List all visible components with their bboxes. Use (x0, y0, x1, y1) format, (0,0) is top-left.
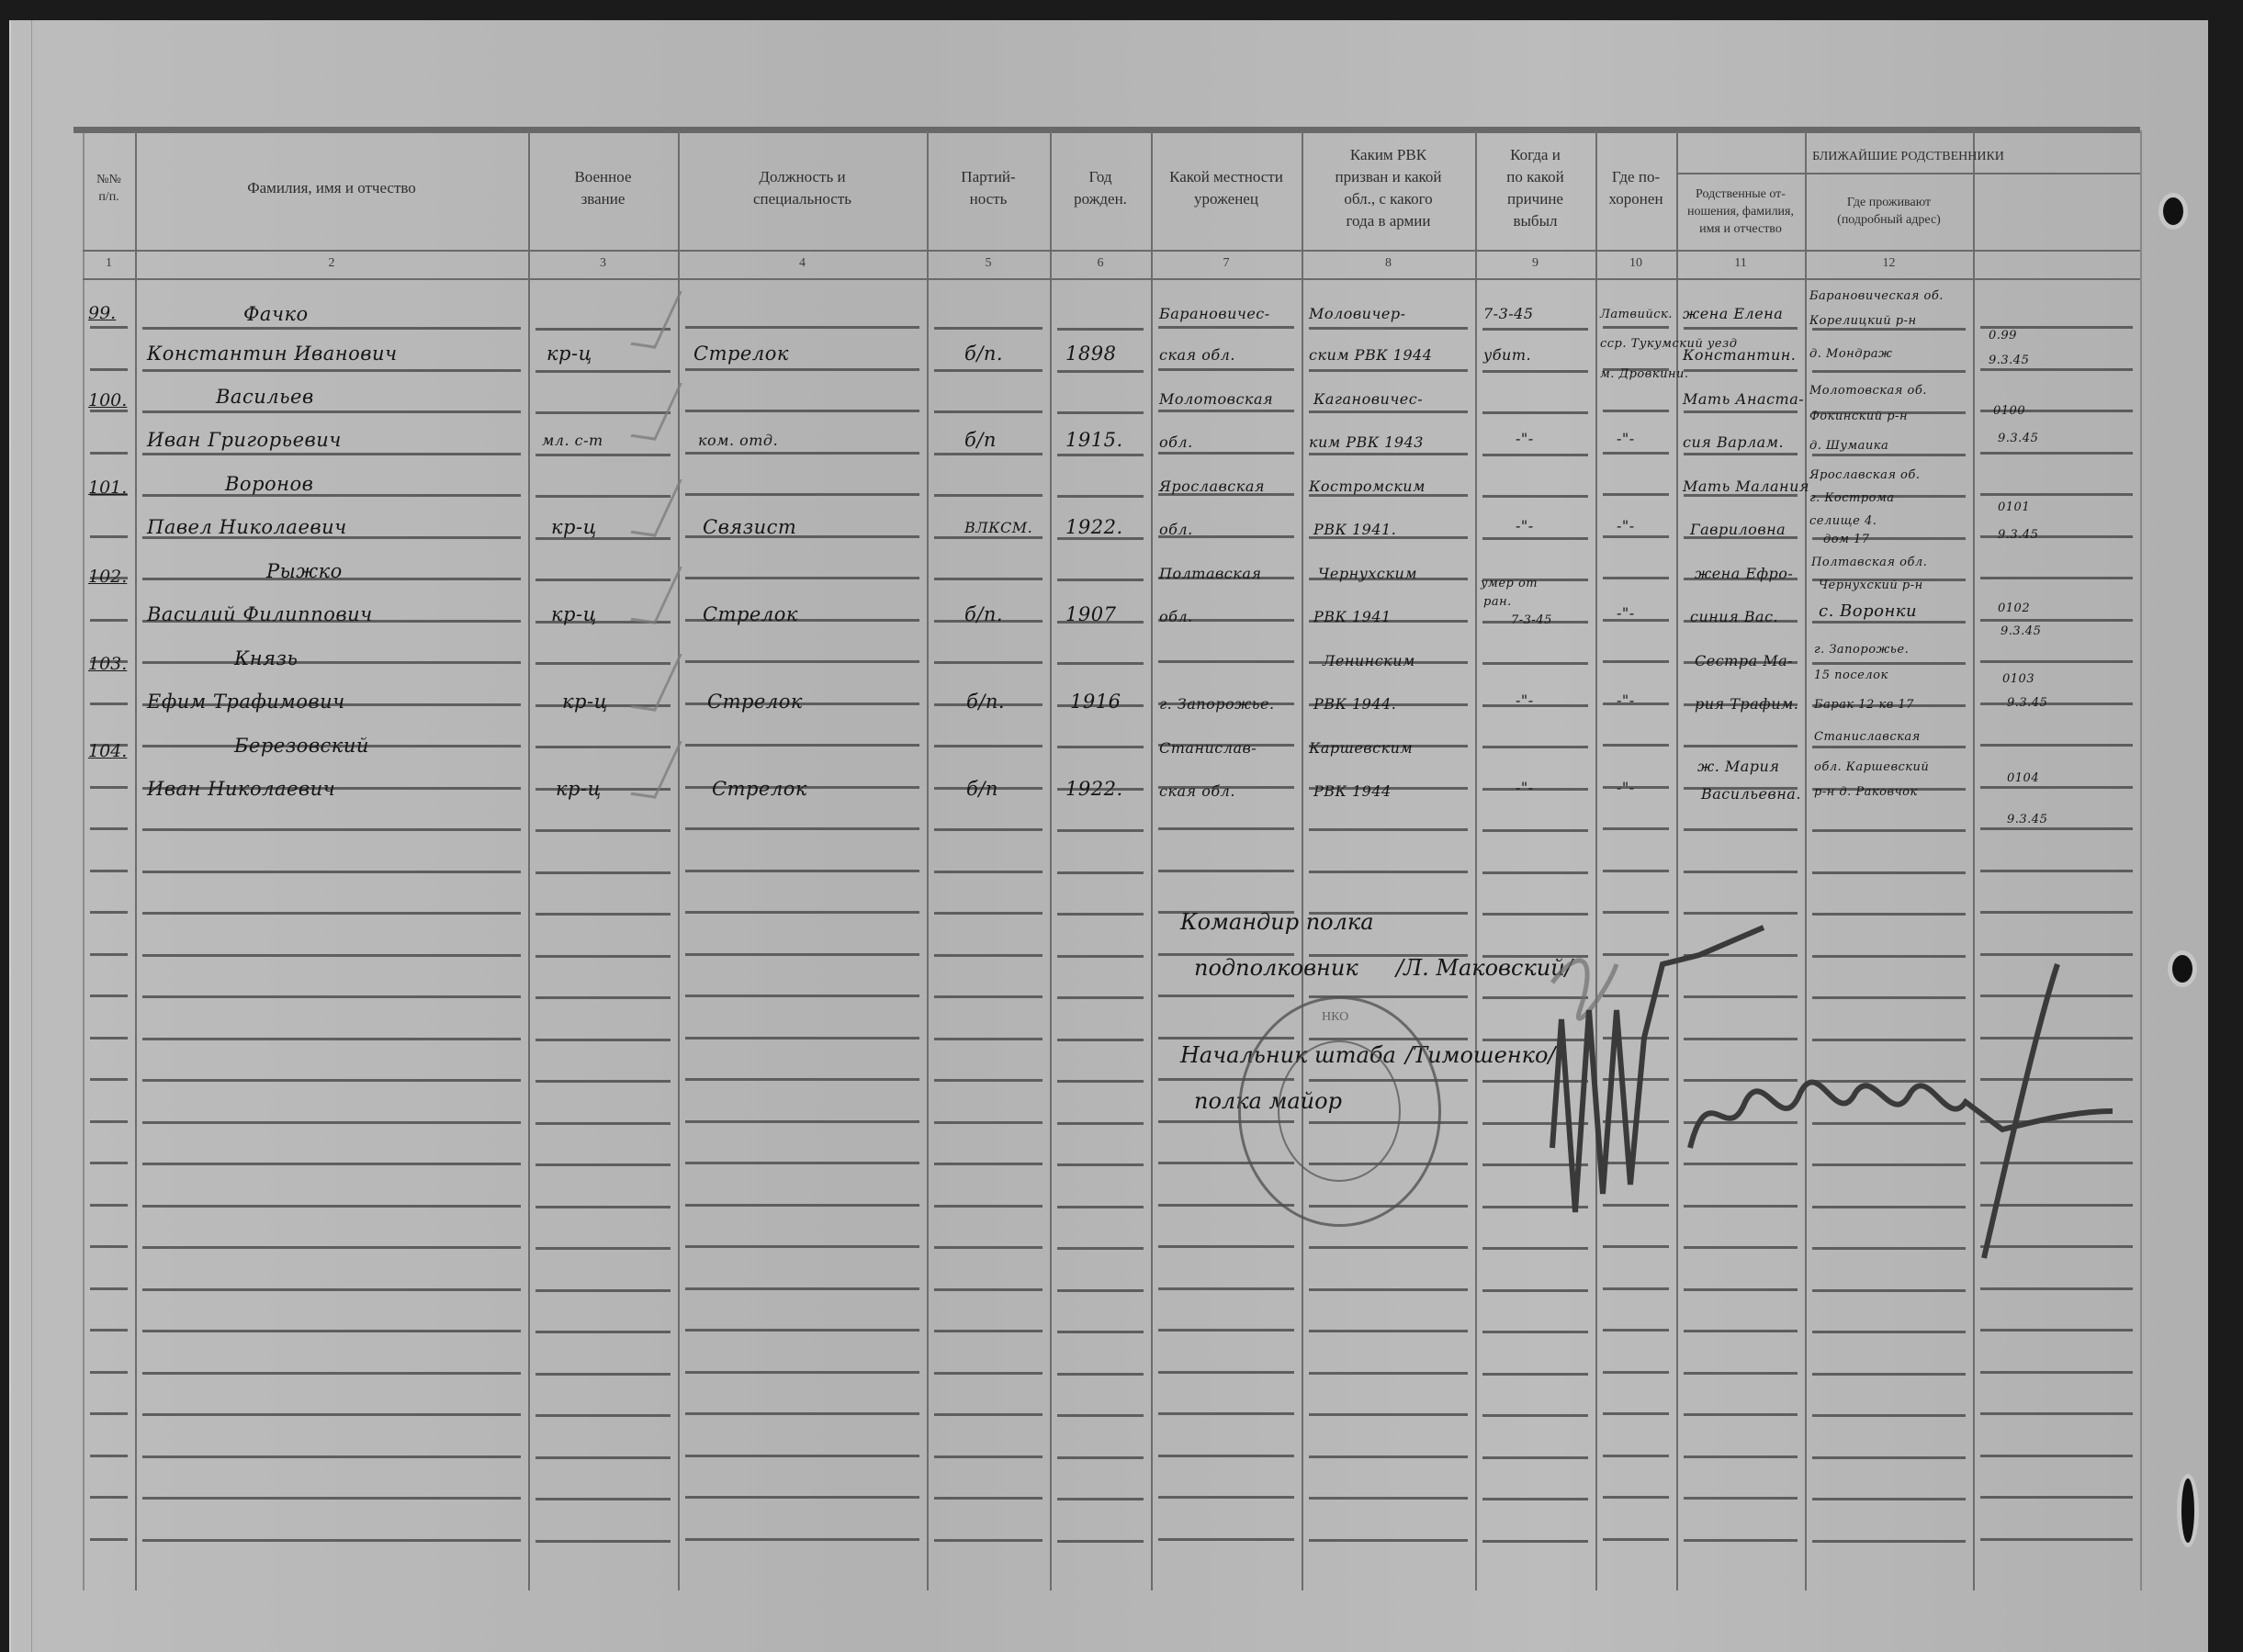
row-rule (1603, 744, 1669, 747)
row-rule (1812, 621, 1966, 624)
row-rule (1812, 1373, 1966, 1376)
row-rule (934, 578, 1043, 580)
row-rule (1684, 1330, 1798, 1332)
row-rule (934, 912, 1043, 915)
row-rule (685, 1245, 919, 1248)
row-rule (1309, 1539, 1468, 1542)
address-line-3: р-н д. Раковчок (1814, 785, 1918, 799)
row-rule (685, 1371, 919, 1374)
birth-year: 1916 (1070, 691, 1121, 713)
row-rule (1158, 1496, 1294, 1499)
row-rule (1980, 368, 2133, 371)
address-line-3: д. Шумаика (1809, 439, 1888, 453)
row-rule (142, 1455, 521, 1458)
rank: кр-ц (547, 343, 592, 365)
row-rule (1057, 1122, 1144, 1125)
surname: Князь (234, 647, 298, 669)
row-rule (685, 660, 919, 663)
col-num-3: 3 (528, 256, 678, 276)
relative-line-2: Гавриловна (1690, 521, 1786, 538)
punch-hole-icon (2163, 197, 2183, 225)
rank: кр-ц (551, 603, 597, 625)
row-rule (90, 1162, 128, 1164)
row-rule (1057, 1414, 1144, 1417)
relatives-group-header: БЛИЖАЙШИЕ РОДСТВЕННИКИ (1676, 138, 2140, 174)
row-rule (1482, 746, 1588, 748)
when-why-line-2: ран. (1483, 595, 1512, 609)
row-number: 102. (88, 567, 127, 587)
party: б/п. (964, 343, 1003, 365)
row-rule (1603, 535, 1669, 538)
note-number: 0104 (2007, 771, 2039, 785)
row-rule (934, 1372, 1043, 1375)
row-rule (1684, 1455, 1798, 1458)
row-rule (1482, 1540, 1588, 1543)
row-rule (535, 1373, 671, 1376)
row-rule (1057, 579, 1144, 581)
row-rule (1482, 454, 1588, 456)
row-rule (1057, 1498, 1144, 1500)
note-number: 0103 (2002, 672, 2034, 686)
relative-line-2: Константин. (1683, 346, 1796, 364)
surname: Рыжко (266, 560, 343, 582)
col-header-12: Где проживают (подробный адрес) (1805, 174, 1973, 248)
surname: Воронов (225, 473, 313, 495)
row-rule (535, 746, 671, 748)
row-rule (1158, 410, 1294, 412)
row-rule (1980, 827, 2133, 830)
row-rule (1057, 1456, 1144, 1459)
row-rule (142, 1413, 521, 1416)
row-rule (1603, 577, 1669, 579)
relative-line-1: Мать Анаста- (1683, 390, 1804, 408)
birthplace-line-2: обл. (1159, 521, 1193, 538)
column-divider (83, 130, 85, 1590)
col-header-11: Родственные от- ношения, фамилия, имя и … (1676, 174, 1805, 248)
row-rule (1812, 328, 1966, 331)
row-rule (1980, 702, 2133, 705)
row-rule (1158, 452, 1294, 455)
row-rule (685, 368, 919, 371)
row-rule (90, 535, 128, 538)
column-divider (2140, 130, 2142, 1590)
column-divider (1805, 130, 1807, 1590)
row-rule (934, 1497, 1043, 1500)
row-rule (1684, 327, 1798, 330)
row-rule (685, 870, 919, 872)
relative-line-2: Васильевна. (1701, 785, 1801, 803)
row-rule (1482, 495, 1588, 498)
buried-ditto: -"- (1617, 430, 1635, 447)
row-rule (142, 912, 521, 915)
row-rule (1482, 704, 1588, 707)
col-header-10: Где по- хоронен (1595, 138, 1676, 239)
col-header-6: Год рожден. (1050, 138, 1151, 239)
row-rule (1158, 1538, 1294, 1541)
row-rule (90, 870, 128, 872)
col-header-5: Партий- ность (927, 138, 1050, 239)
column-divider (927, 130, 929, 1590)
row-rule (535, 913, 671, 916)
row-rule (1603, 1455, 1669, 1457)
commander-title-line-2: подполковник (1194, 955, 1358, 981)
rvk-line-2: РВК 1941. (1313, 521, 1396, 538)
column-divider (135, 130, 137, 1590)
name-patronymic: Ефим Трафимович (147, 691, 345, 713)
address-line-2: Чернухский р-н (1819, 579, 1923, 592)
birth-year: 1907 (1065, 603, 1116, 625)
row-rule (535, 829, 671, 832)
row-rule (535, 1080, 671, 1083)
row-rule (142, 1038, 521, 1040)
name-patronymic: Константин Иванович (147, 343, 398, 365)
when-why-ditto: -"- (1516, 517, 1534, 534)
row-rule (535, 996, 671, 999)
row-rule (535, 1122, 671, 1125)
row-rule (1603, 410, 1669, 412)
row-rule (1812, 871, 1966, 874)
column-divider (678, 130, 680, 1590)
row-rule (142, 828, 521, 831)
row-rule (1057, 1289, 1144, 1292)
row-rule (1603, 1371, 1669, 1374)
row-rule (142, 1079, 521, 1082)
row-rule (1482, 1373, 1588, 1376)
row-rule (142, 1246, 521, 1249)
row-rule (1057, 1039, 1144, 1041)
row-rule (1603, 870, 1669, 872)
row-rule (1980, 786, 2133, 789)
rvk-line-1: Кагановичес- (1313, 390, 1423, 408)
buried-line-1: Латвийск. (1600, 308, 1673, 321)
col-num-12: 12 (1805, 256, 1973, 276)
row-rule (685, 1037, 919, 1040)
row-rule (90, 1078, 128, 1081)
row-rule (142, 871, 521, 873)
punch-hole-icon (2181, 1478, 2194, 1543)
row-rule (1684, 745, 1798, 747)
row-rule (1057, 495, 1144, 498)
header-rule (83, 278, 2140, 280)
row-number: 100. (88, 390, 127, 410)
row-rule (685, 1455, 919, 1457)
row-rule (685, 1078, 919, 1081)
row-rule (685, 953, 919, 956)
row-rule (142, 494, 521, 497)
party: б/п (964, 429, 997, 451)
rvk-line-2: РВК 1944. (1313, 695, 1396, 713)
row-rule (1980, 1287, 2133, 1290)
birth-year: 1915. (1065, 429, 1123, 451)
col-num-4: 4 (678, 256, 927, 276)
row-rule (1309, 1330, 1468, 1332)
col-num-11: 11 (1676, 256, 1805, 276)
name-patronymic: Василий Филиппович (147, 603, 373, 625)
row-rule (1309, 871, 1468, 873)
col-header-7: Какой местности уроженец (1151, 138, 1302, 239)
row-rule (685, 1287, 919, 1290)
row-rule (90, 827, 128, 830)
row-rule (685, 326, 919, 329)
row-rule (1980, 1538, 2133, 1541)
row-rule (90, 1245, 128, 1248)
row-rule (1684, 1372, 1798, 1375)
row-rule (1158, 660, 1294, 663)
col-num-7: 7 (1151, 256, 1302, 276)
name-patronymic: Иван Николаевич (147, 778, 335, 800)
row-rule (1980, 1455, 2133, 1457)
rank: кр-ц (562, 691, 608, 713)
row-rule (1158, 870, 1294, 872)
row-rule (142, 995, 521, 998)
row-number: 104. (88, 741, 127, 761)
row-rule (1812, 1498, 1966, 1500)
row-rule (142, 1497, 521, 1500)
row-rule (535, 1039, 671, 1041)
col-num-5: 5 (927, 256, 1050, 276)
position: Связист (703, 516, 796, 538)
address-line-1: Полтавская обл. (1811, 556, 1927, 569)
when-why-line-1: 7-3-45 (1483, 305, 1534, 322)
row-rule (685, 744, 919, 747)
row-rule (1057, 454, 1144, 456)
when-why-line-2: убит. (1483, 346, 1531, 364)
row-rule (1057, 1163, 1144, 1166)
row-rule (1057, 1540, 1144, 1543)
row-rule (685, 1496, 919, 1499)
row-rule (142, 1372, 521, 1375)
row-rule (1603, 786, 1669, 789)
row-rule (1057, 746, 1144, 748)
relative-line-1: жена Елена (1683, 305, 1783, 322)
note-date: 9.3.45 (2007, 696, 2047, 710)
row-rule (1482, 537, 1588, 540)
address-line-2: 15 поселок (1814, 669, 1888, 682)
row-rule (1980, 1371, 2133, 1374)
row-rule (934, 745, 1043, 747)
row-rule (90, 911, 128, 914)
row-rule (1980, 452, 2133, 455)
row-rule (1158, 326, 1294, 329)
header-top-rule (73, 127, 2140, 133)
row-rule (1057, 829, 1144, 832)
rvk-line-1: Ленинским (1323, 652, 1415, 669)
birthplace-line-2: ская обл. (1159, 346, 1235, 364)
row-rule (1482, 328, 1588, 331)
row-rule (1158, 368, 1294, 371)
row-rule (1980, 577, 2133, 579)
row-rule (1158, 995, 1294, 997)
party: б/п (966, 778, 998, 800)
row-rule (535, 1206, 671, 1208)
position: Стрелок (707, 691, 803, 713)
row-rule (934, 1038, 1043, 1040)
row-rule (934, 1413, 1043, 1416)
row-rule (535, 1498, 671, 1500)
row-rule (1158, 1329, 1294, 1332)
row-rule (1980, 870, 2133, 872)
row-rule (1158, 827, 1294, 830)
relative-line-1: жена Ефро- (1695, 565, 1793, 582)
row-rule (90, 326, 128, 329)
row-rule (90, 1455, 128, 1457)
birthplace-line-1: Полтавская (1159, 565, 1261, 582)
row-rule (934, 995, 1043, 998)
column-divider (1973, 130, 1975, 1590)
note-number: 0100 (1993, 404, 2025, 418)
header-rule (1676, 173, 2140, 174)
row-rule (90, 1120, 128, 1123)
row-rule (1482, 871, 1588, 874)
row-rule (535, 1456, 671, 1459)
col-num-8: 8 (1302, 256, 1475, 276)
party: ВЛКСМ. (964, 519, 1032, 536)
row-rule (1057, 411, 1144, 414)
row-number: 101. (88, 478, 127, 498)
birthplace-line-2: обл. (1159, 433, 1193, 451)
birth-year: 1922. (1065, 516, 1123, 538)
row-rule (1603, 702, 1669, 705)
row-rule (934, 1205, 1043, 1208)
column-divider (1151, 130, 1153, 1590)
row-rule (1603, 1496, 1669, 1499)
row-rule (934, 1539, 1043, 1542)
row-rule (142, 1163, 521, 1165)
row-rule (934, 1121, 1043, 1124)
row-rule (934, 1455, 1043, 1458)
row-rule (1158, 1412, 1294, 1415)
note-date: 9.3.45 (2007, 813, 2047, 826)
row-rule (934, 453, 1043, 455)
surname: Васильев (216, 386, 314, 408)
row-rule (142, 1205, 521, 1208)
row-rule (90, 1371, 128, 1374)
row-rule (934, 536, 1043, 539)
row-rule (1980, 1496, 2133, 1499)
row-rule (685, 827, 919, 830)
rvk-line-2: РВК 1944 (1313, 782, 1392, 800)
address-line-1: Станиславская (1814, 730, 1921, 744)
address-line-3: д. Мондраж (1809, 347, 1892, 361)
position: ком. отд. (698, 432, 778, 449)
row-rule (1309, 1497, 1468, 1500)
row-rule (685, 1412, 919, 1415)
row-rule (1158, 1204, 1294, 1207)
row-rule (1812, 1540, 1966, 1543)
column-divider (528, 130, 530, 1590)
paper-edge-line (31, 20, 32, 1652)
row-rule (1309, 410, 1468, 413)
row-rule (90, 619, 128, 622)
row-rule (535, 955, 671, 958)
row-rule (90, 995, 128, 997)
row-rule (90, 1329, 128, 1332)
row-rule (535, 454, 671, 456)
row-rule (934, 954, 1043, 957)
relative-line-1: ж. Мария (1697, 758, 1779, 775)
row-rule (1980, 1412, 2133, 1415)
row-rule (1603, 827, 1669, 830)
buried-ditto: -"- (1617, 691, 1635, 709)
row-rule (90, 1538, 128, 1541)
name-patronymic: Павел Николаевич (147, 516, 347, 538)
when-why-ditto: -"- (1516, 691, 1534, 709)
row-rule (1980, 660, 2133, 663)
row-rule (90, 368, 128, 371)
note-date: 9.3.45 (1998, 432, 2038, 445)
address-line-2: Корелицкий р-н (1809, 314, 1917, 328)
row-rule (1482, 411, 1588, 414)
row-rule (685, 410, 919, 412)
row-rule (1057, 1247, 1144, 1250)
address-line-1: Барановическая об. (1809, 289, 1944, 303)
row-rule (1482, 1289, 1588, 1292)
rank: мл. с-т (542, 432, 603, 449)
birthplace-line-2: ская обл. (1159, 782, 1235, 800)
punch-hole-icon (2172, 955, 2192, 983)
row-rule (142, 661, 521, 664)
row-rule (1309, 453, 1468, 455)
row-rule (685, 452, 919, 455)
row-rule (1812, 1414, 1966, 1417)
row-number: 103. (88, 654, 127, 674)
row-rule (1812, 662, 1966, 665)
row-rule (1812, 1289, 1966, 1292)
surname: Фачко (243, 303, 309, 325)
row-rule (90, 1037, 128, 1040)
col-header-2: Фамилия, имя и отчество (135, 138, 528, 239)
row-rule (142, 410, 521, 413)
col-header-3: Военное звание (528, 138, 678, 239)
row-rule (1482, 829, 1588, 832)
when-why-ditto: -"- (1516, 779, 1534, 796)
address-line-1: Молотовская об. (1809, 384, 1927, 398)
row-rule (934, 1079, 1043, 1082)
row-rule (1812, 1331, 1966, 1333)
row-rule (1309, 369, 1468, 372)
row-rule (1309, 1246, 1468, 1249)
col-header-4: Должность и специальность (678, 138, 927, 239)
row-rule (685, 493, 919, 496)
row-rule (1057, 955, 1144, 958)
rank: кр-ц (551, 516, 597, 538)
row-rule (1057, 1331, 1144, 1333)
row-rule (1057, 913, 1144, 916)
row-rule (142, 327, 521, 330)
rvk-line-1: Костромским (1309, 478, 1426, 495)
row-rule (1684, 871, 1798, 873)
relative-line-2: сия Варлам. (1683, 433, 1784, 451)
col-num-9: 9 (1475, 256, 1595, 276)
row-rule (1980, 493, 2133, 496)
party: б/п. (964, 603, 1003, 625)
position: Стрелок (693, 343, 789, 365)
row-rule (1684, 1413, 1798, 1416)
row-rule (90, 1496, 128, 1499)
official-stamp-icon: НКО (1238, 996, 1441, 1227)
row-rule (1603, 493, 1669, 496)
row-rule (1309, 327, 1468, 330)
rvk-line-1: Моловичер- (1309, 305, 1406, 322)
address-line-2: г. Кострома (1809, 491, 1895, 505)
row-rule (535, 1247, 671, 1250)
row-rule (1482, 1331, 1588, 1333)
address-line-1: г. Запорожье. (1814, 643, 1909, 657)
col-header-1: №№ п/п. (83, 138, 135, 239)
row-rule (934, 327, 1043, 330)
row-rule (1603, 619, 1669, 622)
row-rule (535, 1414, 671, 1417)
